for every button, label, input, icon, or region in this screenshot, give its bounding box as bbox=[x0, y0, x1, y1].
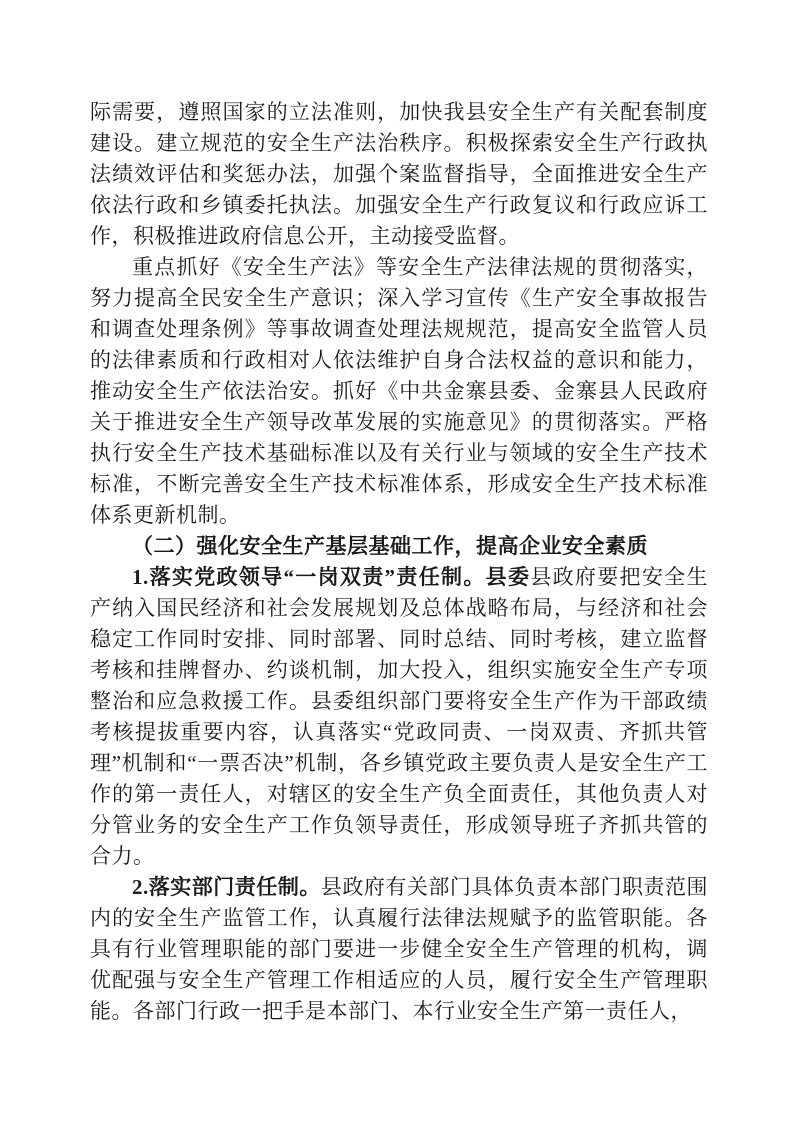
section-heading-2: （二）强化安全生产基层基础工作，提高企业安全素质 bbox=[90, 531, 708, 562]
document-page: 际需要，遵照国家的立法准则，加快我县安全生产有关配套制度建设。建立规范的安全生产… bbox=[0, 0, 793, 1122]
section-heading-text: （二）强化安全生产基层基础工作，提高企业安全素质 bbox=[132, 534, 648, 558]
item-2-lead-text: 2.落实部门责任制。 bbox=[132, 875, 321, 899]
paragraph-text: 重点抓好《安全生产法》等安全生产法律法规的贯彻落实，努力提高全民安全生产意识；深… bbox=[90, 255, 708, 527]
paragraph-item-2: 2.落实部门责任制。县政府有关部门具体负责本部门职责范围内的安全生产监管工作，认… bbox=[90, 872, 708, 1027]
document-text-column: 际需要，遵照国家的立法准则，加快我县安全生产有关配套制度建设。建立规范的安全生产… bbox=[90, 97, 708, 1027]
paragraph-item-1: 1.落实党政领导“一岗双责”责任制。县委县政府要把安全生产纳入国民经济和社会发展… bbox=[90, 562, 708, 872]
item-1-lead-text: 1.落实党政领导“一岗双责”责任制。县委 bbox=[132, 565, 530, 589]
paragraph-legal-education: 重点抓好《安全生产法》等安全生产法律法规的贯彻落实，努力提高全民安全生产意识；深… bbox=[90, 252, 708, 531]
paragraph-text: 际需要，遵照国家的立法准则，加快我县安全生产有关配套制度建设。建立规范的安全生产… bbox=[90, 100, 708, 248]
paragraph-continuation: 际需要，遵照国家的立法准则，加快我县安全生产有关配套制度建设。建立规范的安全生产… bbox=[90, 97, 708, 252]
item-1-body-text: 县政府要把安全生产纳入国民经济和社会发展规划及总体战略布局，与经济和社会稳定工作… bbox=[90, 565, 708, 868]
